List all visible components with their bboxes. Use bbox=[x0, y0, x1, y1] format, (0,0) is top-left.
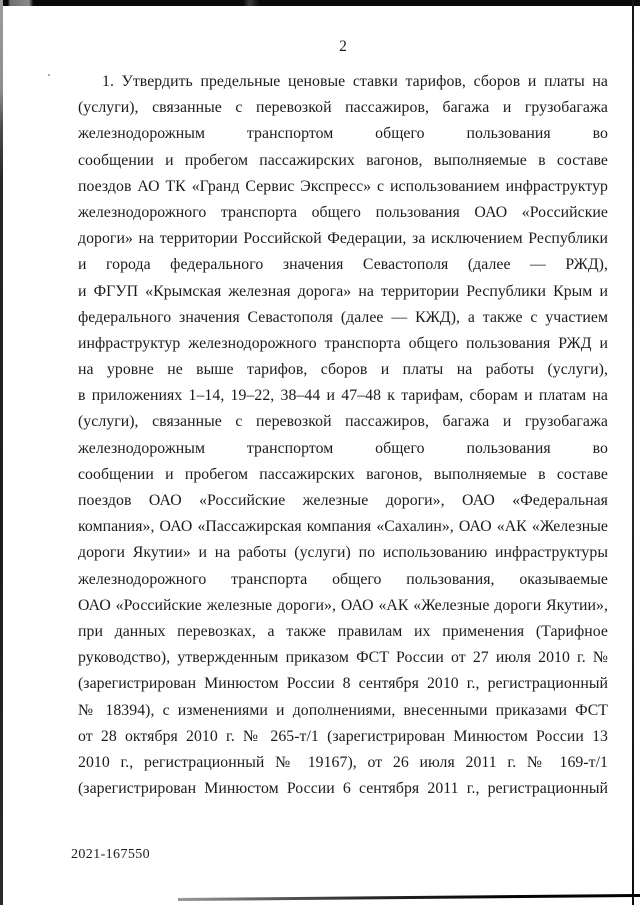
text-line: компания», ОАО «Пассажирская компания «С… bbox=[78, 514, 608, 540]
scan-artifact-top-edge bbox=[0, 0, 640, 6]
scan-artifact-left-edge bbox=[0, 0, 3, 905]
document-code: 2021-167550 bbox=[71, 847, 150, 863]
text-line: 2010 г., регистрационный № 19167), от 26… bbox=[78, 750, 608, 776]
text-line: в приложениях 1–14, 19–22, 38–44 и 47–48… bbox=[78, 383, 608, 409]
text-line: дороги» на территории Российской Федерац… bbox=[78, 226, 608, 252]
scan-artifact-bottom-edge bbox=[178, 894, 640, 901]
text-line: сообщении и пробегом пассажирских вагоно… bbox=[78, 148, 608, 174]
text-line: железнодорожного транспорта общего польз… bbox=[78, 200, 608, 226]
text-line: 1. Утвердить предельные ценовые ставки т… bbox=[78, 69, 608, 95]
text-line: руководство), утвержденным приказом ФСТ … bbox=[78, 645, 608, 671]
text-line: на уровне не выше тарифов, сборов и плат… bbox=[78, 357, 608, 383]
text-line: (зарегистрирован Минюстом России 6 сентя… bbox=[78, 776, 608, 802]
text-line: от 28 октября 2010 г. № 265-т/1 (зарегис… bbox=[78, 724, 608, 750]
text-line: (услуги), связанные с перевозкой пассажи… bbox=[78, 409, 608, 435]
paragraph-block: 1. Утвердить предельные ценовые ставки т… bbox=[78, 69, 608, 802]
text-line: поездов ОАО «Российские железные дороги»… bbox=[78, 488, 608, 514]
text-line: (зарегистрирован Минюстом России 8 сентя… bbox=[78, 671, 608, 697]
page-number: 2 bbox=[78, 38, 608, 56]
text-line: и города федерального значения Севастопо… bbox=[78, 252, 608, 278]
text-line: железнодорожным транспортом общего польз… bbox=[78, 121, 608, 147]
text-line: (услуги), связанные с перевозкой пассажи… bbox=[78, 95, 608, 121]
text-line: федерального значения Севастополя (далее… bbox=[78, 305, 608, 331]
text-line: поездов АО ТК «Гранд Сервис Экспресс» с … bbox=[78, 174, 608, 200]
text-line: железнодорожным транспортом общего польз… bbox=[78, 436, 608, 462]
scanned-document-page: 2 1. Утвердить предельные ценовые ставки… bbox=[0, 0, 640, 905]
text-line: при данных перевозках, а также правилам … bbox=[78, 619, 608, 645]
text-line: № 18394), с изменениями и дополнениями, … bbox=[78, 698, 608, 724]
text-line: дороги Якутии» и на работы (услуги) по и… bbox=[78, 540, 608, 566]
text-line: инфраструктур железнодорожного транспорт… bbox=[78, 331, 608, 357]
text-line: сообщении и пробегом пассажирских вагоно… bbox=[78, 462, 608, 488]
text-line: ОАО «Российские железные дороги», ОАО «А… bbox=[78, 593, 608, 619]
text-line: железнодорожного транспорта общего польз… bbox=[78, 567, 608, 593]
scan-artifact-right-edge bbox=[632, 0, 634, 905]
scan-speck bbox=[48, 74, 50, 76]
text-line: и ФГУП «Крымская железная дорога» на тер… bbox=[78, 279, 608, 305]
